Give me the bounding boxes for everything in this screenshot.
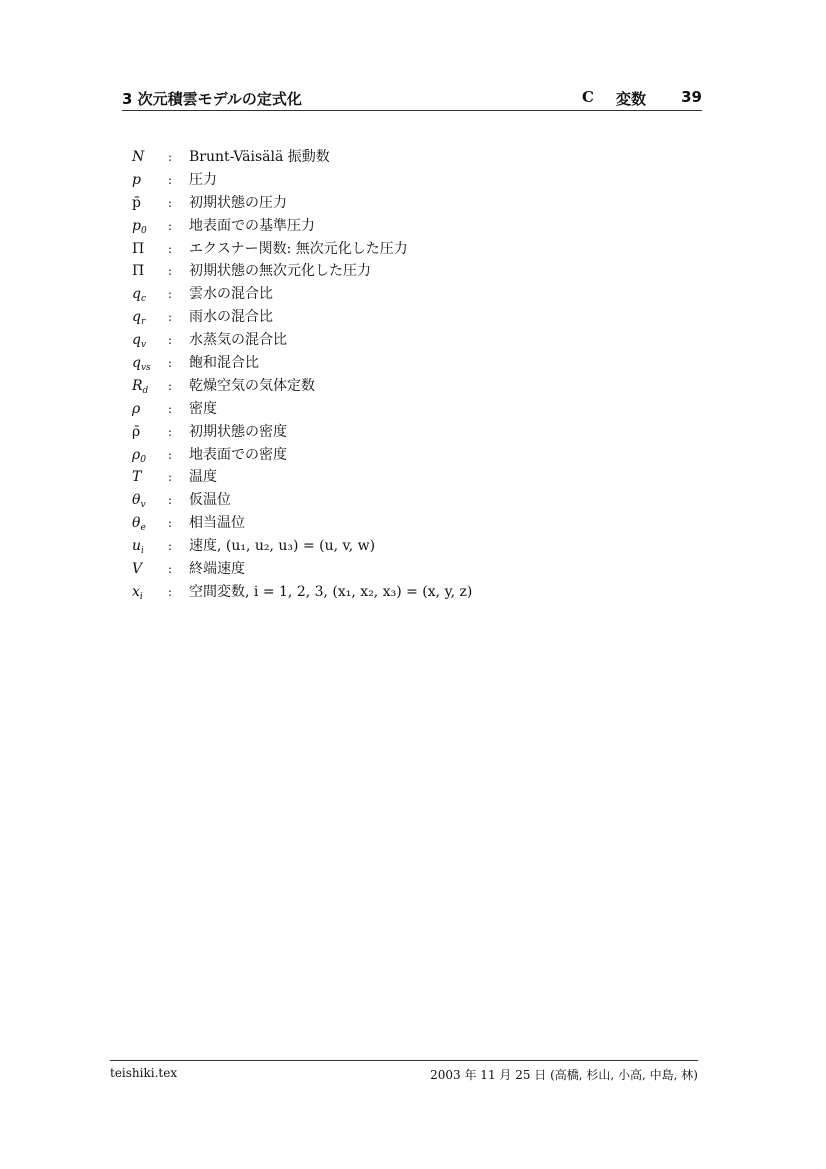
separator: : — [168, 146, 172, 169]
variable-description: 飽和混合比 — [189, 352, 259, 375]
page-footer: teishiki.tex 2003 年 11 月 25 日 (高橋, 杉山, 小… — [110, 1060, 698, 1066]
variable-description: 雲水の混合比 — [189, 283, 273, 306]
variable-symbol: p̄ — [132, 192, 141, 215]
separator: : — [168, 192, 172, 215]
variable-description: 温度 — [189, 466, 217, 489]
variable-description: 速度, (u₁, u₂, u₃) = (u, v, w) — [189, 535, 375, 558]
separator: : — [168, 306, 172, 329]
separator: : — [168, 444, 172, 467]
variable-symbol: V — [132, 558, 142, 581]
separator: : — [168, 169, 172, 192]
variable-description: 仮温位 — [189, 489, 231, 512]
variable-description: 雨水の混合比 — [189, 306, 273, 329]
separator: : — [168, 512, 172, 535]
chapter-title: 3 次元積雲モデルの定式化 — [122, 88, 302, 109]
variable-description: 初期状態の密度 — [189, 421, 287, 444]
footer-filename: teishiki.tex — [110, 1066, 177, 1080]
separator: : — [168, 329, 172, 352]
variable-symbol: Π — [132, 238, 144, 261]
variable-symbol: N — [132, 146, 144, 169]
variable-description: 終端速度 — [189, 558, 245, 581]
page-header: 3 次元積雲モデルの定式化 C 変数 39 — [122, 88, 702, 111]
variable-description: 水蒸気の混合比 — [189, 329, 287, 352]
variable-symbol: xi — [132, 581, 143, 609]
variable-description: エクスナー関数: 無次元化した圧力 — [189, 238, 408, 261]
separator: : — [168, 215, 172, 238]
section-letter: C — [582, 88, 594, 106]
variable-symbol: p — [132, 169, 141, 192]
variable-symbol: ρ — [132, 398, 140, 421]
variable-description: Brunt-Väisälä 振動数 — [189, 146, 330, 169]
separator: : — [168, 558, 172, 581]
footer-date-authors: 2003 年 11 月 25 日 (高橋, 杉山, 小高, 中島, 林) — [430, 1066, 698, 1083]
page-number: 39 — [681, 88, 702, 106]
variable-description: 空間変数, i = 1, 2, 3, (x₁, x₂, x₃) = (x, y,… — [189, 581, 472, 604]
variable-description: 密度 — [189, 398, 217, 421]
separator: : — [168, 283, 172, 306]
section-name: 変数 — [616, 88, 646, 109]
separator: : — [168, 260, 172, 283]
variable-symbol: ρ̄ — [132, 421, 140, 444]
variable-description: 圧力 — [189, 169, 217, 192]
separator: : — [168, 466, 172, 489]
separator: : — [168, 398, 172, 421]
separator: : — [168, 375, 172, 398]
variable-description: 地表面での密度 — [189, 444, 287, 467]
separator: : — [168, 238, 172, 261]
variable-description: 初期状態の圧力 — [189, 192, 287, 215]
variable-description: 地表面での基準圧力 — [189, 215, 315, 238]
variable-description: 相当温位 — [189, 512, 245, 535]
separator: : — [168, 581, 172, 604]
variable-symbol: T — [132, 466, 141, 489]
separator: : — [168, 352, 172, 375]
variable-description: 初期状態の無次元化した圧力 — [189, 260, 371, 283]
separator: : — [168, 489, 172, 512]
variable-symbol: Π̄ — [132, 260, 144, 283]
separator: : — [168, 421, 172, 444]
variable-description: 乾燥空気の気体定数 — [189, 375, 315, 398]
separator: : — [168, 535, 172, 558]
